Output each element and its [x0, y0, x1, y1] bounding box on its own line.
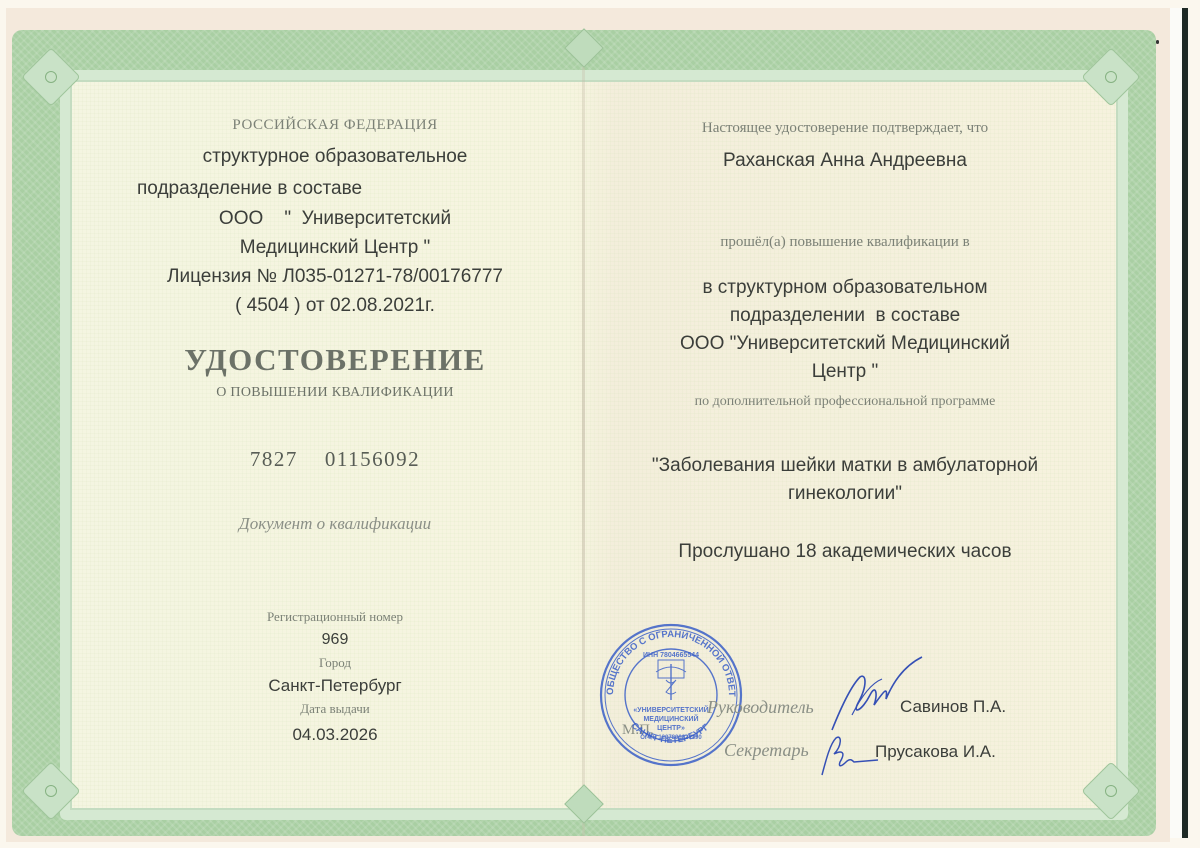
organization-line: ООО " Университетский: [110, 208, 560, 230]
program-title-line: "Заболевания шейки матки в амбулаторной: [600, 455, 1090, 477]
head-label: Руководитель: [707, 697, 814, 718]
dust-speck: [1156, 40, 1159, 44]
center-fold: [582, 30, 585, 836]
svg-text:МЕДИЦИНСКИЙ: МЕДИЦИНСКИЙ: [643, 714, 698, 723]
certificate-subtitle: О ПОВЫШЕНИИ КВАЛИФИКАЦИИ: [110, 385, 560, 401]
svg-text:ИНН 7804665544: ИНН 7804665544: [643, 652, 699, 659]
scanner-shadow-bar: [1182, 8, 1188, 838]
svg-text:САНКТ-ПЕТЕРБУРГ: САНКТ-ПЕТЕРБУРГ: [630, 720, 711, 745]
program-label: по дополнительной профессиональной прогр…: [600, 394, 1090, 410]
person-name: Раханская Анна Андреевна: [600, 150, 1090, 172]
program-title-line: гинекологии": [600, 483, 1090, 505]
registration-number: 969: [110, 631, 560, 649]
certificate-title: УДОСТОВЕРЕНИЕ: [110, 342, 560, 378]
registration-label: Регистрационный номер: [110, 609, 560, 625]
head-signature-icon: [822, 655, 932, 735]
scan-edge: [1170, 8, 1182, 838]
document-number: 7827 01156092: [110, 447, 560, 472]
hours-text: Прослушано 18 академических часов: [600, 541, 1090, 563]
issue-date: 04.03.2026: [110, 725, 560, 745]
institution-line: Центр ": [600, 361, 1090, 383]
secretary-label: Секретарь: [724, 740, 809, 761]
license-number: Лицензия № Л035-01271-78/00176777: [110, 266, 560, 288]
institution-line: в структурном образовательном: [600, 277, 1090, 299]
country-heading: РОССИЙСКАЯ ФЕДЕРАЦИЯ: [110, 117, 560, 134]
license-date: ( 4504 ) от 02.08.2021г.: [110, 295, 560, 317]
city-label: Город: [110, 655, 560, 671]
institution-line: ООО "Университетский Медицинский: [600, 333, 1090, 355]
institution-line: подразделении в составе: [600, 305, 1090, 327]
passed-text: прошёл(а) повышение квалификации в: [600, 234, 1090, 251]
secretary-name: Прусакова И.А.: [875, 742, 996, 762]
issue-date-label: Дата выдачи: [110, 701, 560, 717]
city-value: Санкт-Петербург: [110, 676, 560, 696]
organization-line: структурное образовательное: [110, 146, 560, 168]
svg-text:ОГРН 1207800027390: ОГРН 1207800027390: [640, 735, 702, 741]
head-name: Савинов П.А.: [900, 697, 1006, 717]
document-type: Документ о квалификации: [110, 514, 560, 534]
secretary-signature-icon: [812, 730, 882, 780]
organization-line: подразделение в составе: [105, 178, 477, 200]
svg-text:ЦЕНТР»: ЦЕНТР»: [657, 725, 685, 732]
confirms-text: Настоящее удостоверение подтверждает, чт…: [600, 120, 1090, 137]
organization-line: Медицинский Центр ": [110, 237, 560, 259]
svg-text:«УНИВЕРСИТЕТСКИЙ: «УНИВЕРСИТЕТСКИЙ: [633, 705, 708, 714]
